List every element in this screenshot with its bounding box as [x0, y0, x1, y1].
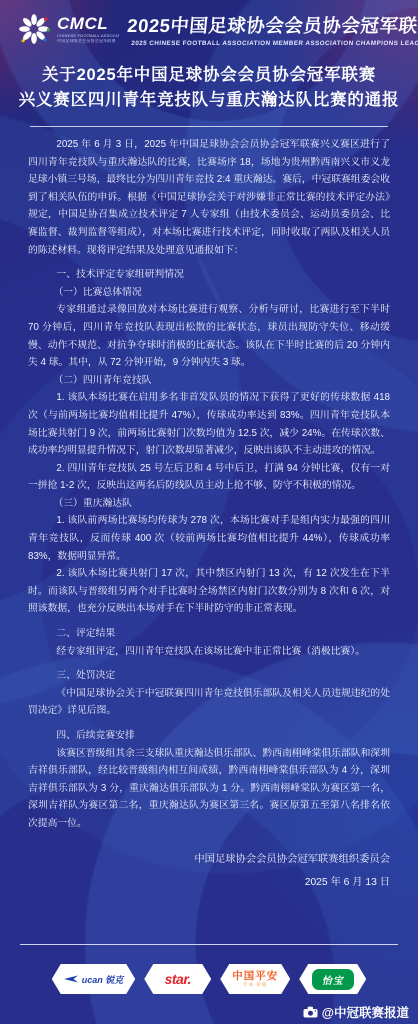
- sponsor-star: star.: [144, 964, 211, 994]
- league-subtitle: 2025 CHINESE FOOTBALL ASSOCIATION MEMBER…: [125, 40, 418, 47]
- cmcl-logo: CMCL CHINESE FOOTBALL ASSOCIATION MEMBER…: [16, 11, 119, 47]
- header: CMCL CHINESE FOOTBALL ASSOCIATION MEMBER…: [0, 0, 418, 55]
- cmcl-logo-text: CMCL CHINESE FOOTBALL ASSOCIATION MEMBER…: [57, 15, 119, 43]
- pingan-tagline: 专业·价值: [243, 983, 268, 988]
- document-title-line1: 关于2025年中国足球协会会员协会冠军联赛: [0, 63, 418, 88]
- section-1-2-para-1: 1. 该队本场比赛在启用多名非首发队员的情况下获得了更好的传球数据 418 次（…: [28, 389, 390, 459]
- cmcl-abbr: CMCL: [57, 15, 119, 32]
- section-2-para: 经专家组评定，四川青年竞技队在该场比赛中非正常比赛（消极比赛）。: [28, 643, 390, 661]
- ucan-arrow-icon: [64, 975, 79, 983]
- intro-paragraph: 2025 年 6 月 3 日，2025 年中国足球协会会员协会冠军联赛兴义赛区进…: [28, 136, 390, 259]
- footer: ucan 锐克 star. 中国平安 专业·价值 怡宝 @中冠: [0, 944, 418, 1024]
- sponsor-pingan: 中国平安 专业·价值: [220, 964, 290, 994]
- section-1-2-heading: （二）四川青年竞技队: [28, 372, 390, 390]
- section-3-heading: 三、处罚决定: [28, 667, 390, 685]
- section-1-3-para-1: 1. 该队前两场比赛场均传球为 278 次，本场比赛对手是组内实力最强的四川青年…: [28, 512, 390, 565]
- ucan-wordmark: ucan 锐克: [82, 973, 124, 986]
- cmcl-sub-en: CHINESE FOOTBALL ASSOCIATION MEMBER ASSO…: [57, 34, 119, 38]
- cmcl-sub-cn: 中国足球协会会员协会冠军联赛: [57, 39, 119, 43]
- sponsor-logos: ucan 锐克 star. 中国平安 专业·价值 怡宝: [0, 964, 418, 994]
- document-title: 关于2025年中国足球协会会员协会冠军联赛 兴义赛区四川青年竞技队与重庆瀚达队比…: [0, 63, 418, 113]
- league-title: 2025中国足球协会会员协会冠军联赛: [126, 12, 418, 38]
- section-1-3-heading: （三）重庆瀚达队: [28, 495, 390, 513]
- section-4-para: 该赛区晋级组其余三支球队重庆瀚达俱乐部队、黔西南栩峰棠俱乐部队和深圳吉祥俱乐部队…: [28, 745, 390, 833]
- section-1-3-para-2: 2. 该队本场比赛共射门 17 次，其中禁区内射门 13 次，有 12 次发生在…: [28, 565, 390, 618]
- footer-divider: [20, 944, 398, 945]
- pingan-name: 中国平安: [232, 971, 278, 982]
- cestbon-wordmark: 怡宝: [312, 969, 354, 990]
- section-2-heading: 二、评定结果: [28, 625, 390, 643]
- star-wordmark: star.: [165, 971, 191, 987]
- camera-icon: [303, 1006, 318, 1018]
- sponsor-ucan: ucan 锐克: [52, 964, 136, 994]
- weibo-credit: @中冠联赛报道: [303, 1003, 409, 1021]
- league-title-block: 2025中国足球协会会员协会冠军联赛 2025 CHINESE FOOTBALL…: [125, 12, 418, 47]
- signature-org: 中国足球协会会员协会冠军联赛组织委员会: [0, 848, 390, 871]
- document-title-line2: 兴义赛区四川青年竞技队与重庆瀚达队比赛的通报: [0, 88, 418, 113]
- sponsor-cestbon: 怡宝: [299, 964, 366, 994]
- pingan-wordmark: 中国平安 专业·价值: [232, 971, 278, 988]
- document-body: 2025 年 6 月 3 日，2025 年中国足球协会会员协会冠军联赛兴义赛区进…: [0, 127, 418, 833]
- section-1-1-para: 专家组通过录像回放对本场比赛进行观察、分析与研讨，比赛进行至下半时 70 分钟后…: [28, 301, 390, 371]
- section-4-heading: 四、后续竞赛安排: [28, 727, 390, 745]
- cmcl-snowflake-icon: [16, 11, 52, 47]
- signature-block: 中国足球协会会员协会冠军联赛组织委员会 2025 年 6 月 13 日: [0, 848, 418, 894]
- signature-date: 2025 年 6 月 13 日: [0, 871, 390, 894]
- section-1-2-para-2: 2. 四川青年竞技队 25 号左后卫和 4 号中后卫，打满 94 分钟比赛，仅有…: [28, 460, 390, 495]
- section-1-1-heading: （一）比赛总体情况: [28, 284, 390, 302]
- section-1-heading: 一、技术评定专家组研判情况: [28, 266, 390, 284]
- section-3-para: 《中国足球协会关于中冠联赛四川青年竞技俱乐部队及相关人员违规违纪的处罚决定》详见…: [28, 685, 390, 720]
- announcement-poster: CMCL CHINESE FOOTBALL ASSOCIATION MEMBER…: [0, 0, 418, 1024]
- weibo-handle: @中冠联赛报道: [322, 1003, 409, 1021]
